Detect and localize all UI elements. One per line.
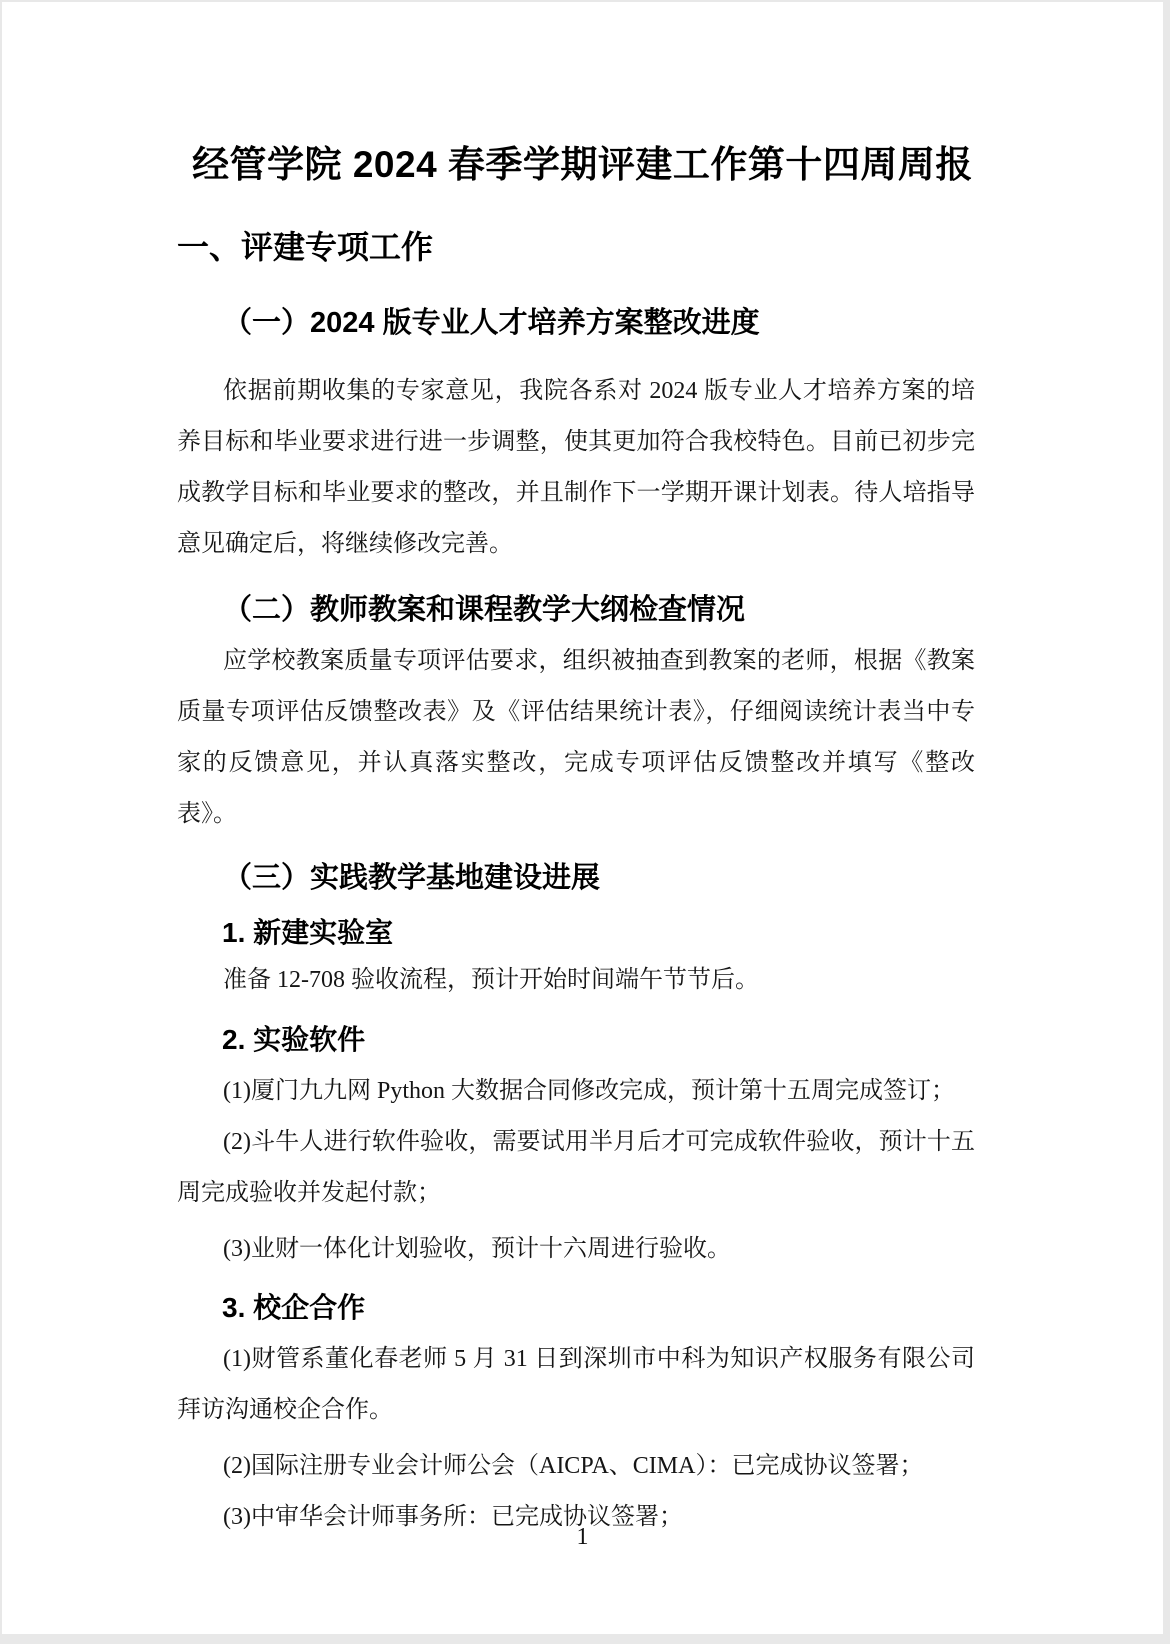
subsection-1-3-heading: （三）实践教学基地建设进展: [177, 857, 975, 899]
topic-3-item-2: (2)国际注册专业会计师公会（AICPA、CIMA）：已完成协议签署；: [177, 1441, 975, 1492]
topic-2-item-2: (2)斗牛人进行软件验收，需要试用半月后才可完成软件验收，预计十五周完成验收并发…: [177, 1117, 975, 1219]
subsection-1-2-heading: （二）教师教案和课程教学大纲检查情况: [177, 589, 975, 631]
document-title: 经管学院 2024 春季学期评建工作第十四周周报: [12, 142, 1153, 188]
topic-2-item-1: (1)厦门九九网 Python 大数据合同修改完成，预计第十五周完成签订；: [177, 1066, 975, 1117]
topic-3-heading: 3. 校企合作: [177, 1287, 975, 1329]
topic-1-paragraph: 准备 12-708 验收流程，预计开始时间端午节节后。: [177, 955, 975, 1006]
document-page: 经管学院 2024 春季学期评建工作第十四周周报 一、评建专项工作 （一）202…: [2, 2, 1163, 1634]
topic-2-heading: 2. 实验软件: [177, 1019, 975, 1061]
section-1-heading: 一、评建专项工作: [177, 226, 975, 268]
page-number: 1: [2, 1520, 1163, 1554]
topic-1-heading: 1. 新建实验室: [177, 912, 975, 954]
subsection-1-2-paragraph: 应学校教案质量专项评估要求，组织被抽查到教案的老师，根据《教案质量专项评估反馈整…: [177, 636, 975, 840]
subsection-1-1-paragraph: 依据前期收集的专家意见，我院各系对 2024 版专业人才培养方案的培养目标和毕业…: [177, 366, 975, 570]
document-body: 一、评建专项工作 （一）2024 版专业人才培养方案整改进度 依据前期收集的专家…: [177, 226, 975, 1543]
subsection-1-1-heading: （一）2024 版专业人才培养方案整改进度: [177, 302, 975, 344]
topic-2-item-3: (3)业财一体化计划验收，预计十六周进行验收。: [177, 1224, 975, 1275]
topic-3-item-1: (1)财管系董化春老师 5 月 31 日到深圳市中科为知识产权服务有限公司拜访沟…: [177, 1334, 975, 1436]
